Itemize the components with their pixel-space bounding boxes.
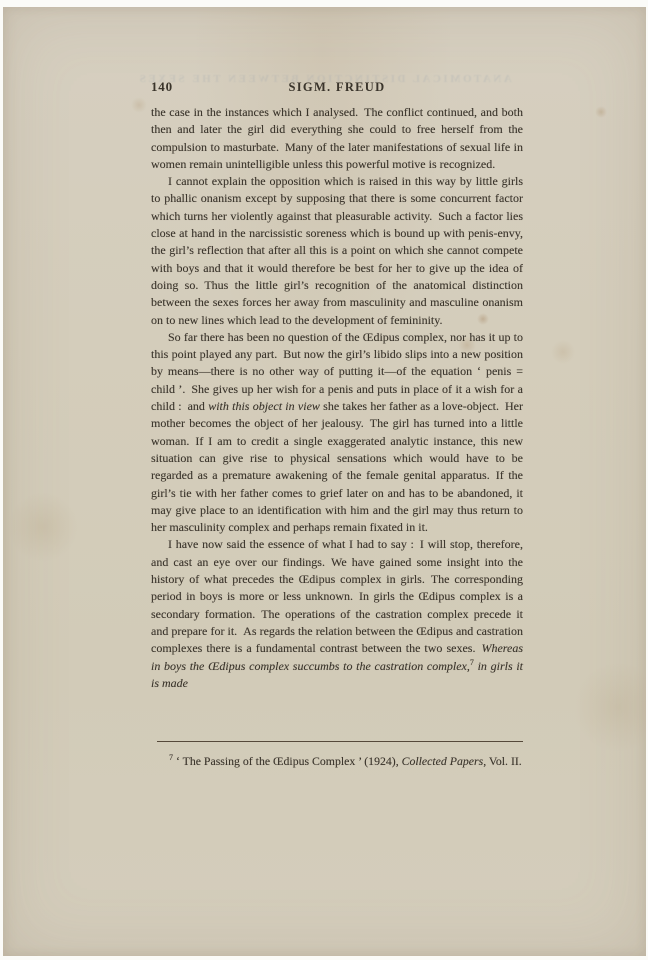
text-segment: , Vol. II.: [483, 754, 522, 768]
text-segment: the case in the instances which I analys…: [151, 105, 523, 171]
footnote: 7 ‘ The Passing of the Œdipus Complex ’ …: [151, 752, 523, 771]
text-segment: I cannot explain the opposition which is…: [151, 174, 523, 326]
paragraph: So far there has been no question of the…: [151, 329, 523, 537]
paragraph: I have now said the essence of what I ha…: [151, 536, 523, 692]
footnote-area: 7 ‘ The Passing of the Œdipus Complex ’ …: [151, 741, 523, 771]
book-page: ANATOMICAL DISTINCTION BETWEEN THE SEXES…: [3, 7, 646, 956]
text-segment: Collected Papers: [402, 754, 484, 768]
page-number: 140: [151, 79, 173, 95]
paragraph: the case in the instances which I analys…: [151, 104, 523, 173]
text-segment: ‘ The Passing of the Œdipus Complex ’ (1…: [173, 754, 402, 768]
running-head: SIGM. FREUD: [289, 80, 386, 95]
text-segment: I have now said the essence of what I ha…: [151, 537, 523, 655]
body-text: the case in the instances which I analys…: [151, 104, 523, 692]
scan-frame: ANATOMICAL DISTINCTION BETWEEN THE SEXES…: [0, 0, 648, 960]
footnote-rule: [157, 741, 523, 742]
text-block: 140 SIGM. FREUD the case in the instance…: [151, 79, 523, 692]
paragraph: I cannot explain the opposition which is…: [151, 173, 523, 329]
page-header: 140 SIGM. FREUD: [151, 79, 523, 95]
text-segment: she takes her father as a love-object. H…: [151, 399, 523, 534]
text-segment: with this object in view: [208, 399, 320, 413]
